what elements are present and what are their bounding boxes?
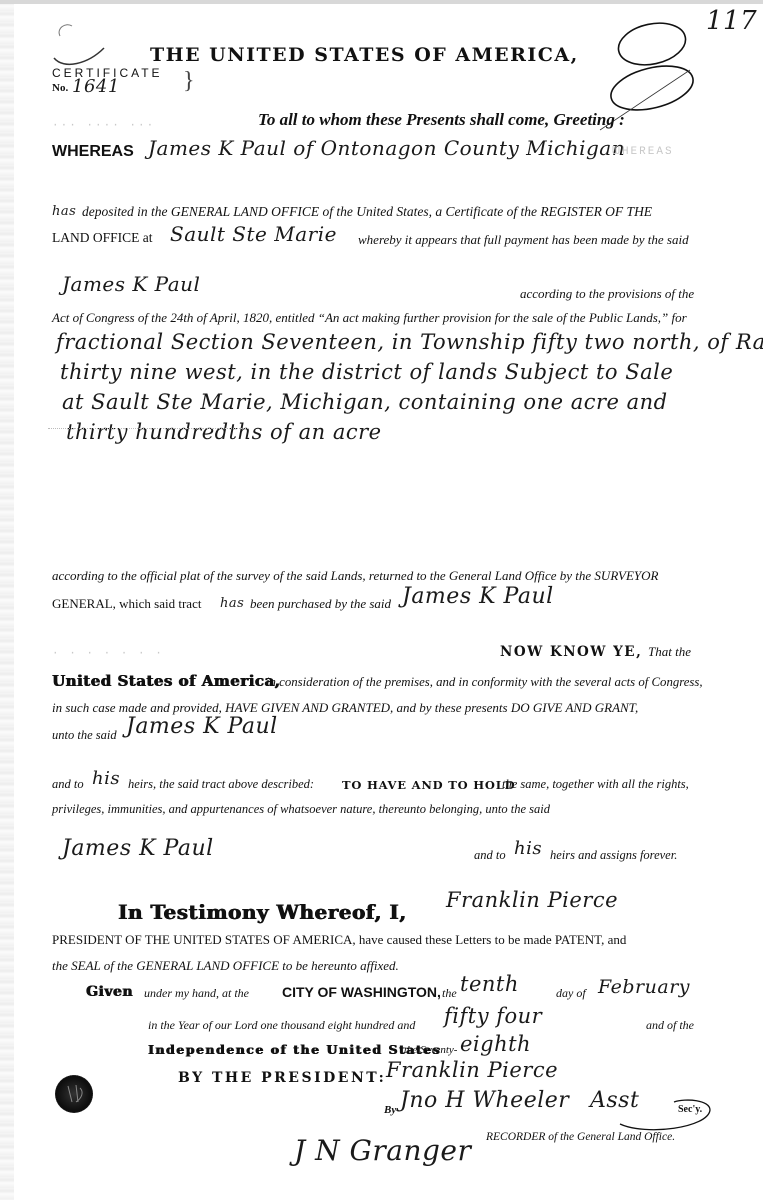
president-signature: Franklin Pierce [446,888,618,912]
the-seventy: the Seventy- [404,1044,457,1056]
scan-top-edge [0,0,763,4]
heirs-and-assigns: heirs and assigns forever. [550,848,677,863]
certificate-brace: } [183,68,195,95]
grantee-name: James K Paul [62,836,214,861]
to-have-and-to-hold: TO HAVE AND TO HOLD [342,778,515,792]
the-word: the [442,986,457,1001]
habendum-line-1-end: the same, together with all the rights, [502,777,689,792]
grant-line-1: in consideration of the premises, and in… [266,675,703,690]
document-title: THE UNITED STATES OF AMERICA, [150,44,579,66]
has-word: has [220,596,244,611]
and-to: and to [52,777,84,792]
usa-blackletter: United States of America, [52,672,280,690]
land-description-line: thirty nine west, in the district of lan… [60,360,673,384]
survey-line-2-mid: been purchased by the said [250,596,391,612]
given-line-mid: under my hand, at the [144,986,249,1001]
seal-icon [55,1075,93,1113]
survey-line-2-prefix: GENERAL, which said tract [52,596,201,612]
grantee-name: James K Paul [402,584,554,609]
by-label: By [384,1104,396,1116]
land-office-location: Sault Ste Marie [170,222,337,246]
greeting: To all to whom these Presents shall come… [258,110,625,130]
certificate-number: 1641 [72,76,120,97]
by-the-president: BY THE PRESIDENT: [178,1070,386,1086]
land-description-line: fractional Section Seventeen, in Townshi… [56,330,763,354]
deposit-line-2-prefix: LAND OFFICE at [52,230,153,246]
page-number: 117 [706,6,757,36]
testimony-heading: In Testimony Whereof, I, [118,900,407,924]
day-of: day of [556,986,586,1001]
year-prefix: in the Year of our Lord one thousand eig… [148,1018,415,1033]
act-of-congress: Act of Congress of the 24th of April, 18… [52,310,687,326]
survey-line-1: according to the official plat of the su… [52,568,658,584]
deposit-line-1: deposited in the GENERAL LAND OFFICE of … [82,204,652,220]
ghost-text: · · · · · · · [52,648,164,660]
secy-label: Sec'y. [678,1104,702,1115]
habendum-heirs: heirs, the said tract above described: [128,777,314,792]
and-to: and to [474,848,506,863]
scan-margin [0,0,14,1200]
his-word: his [92,768,120,789]
unto-the-said: unto the said [52,728,117,743]
grantee-name: James K Paul [126,714,278,739]
month-handwritten: February [598,976,690,998]
city-of-washington: CITY OF WASHINGTON, [282,984,441,1000]
certificate-no-label: No. [52,82,68,94]
land-description-line: at Sault Ste Marie, Michigan, containing… [62,390,668,414]
his-word: his [514,838,542,859]
that-the: That the [648,644,691,660]
whereas-label: WHEREAS [52,143,134,161]
independence-year: eighth [460,1032,531,1056]
recorder-signature: J N Granger [294,1134,471,1167]
day-handwritten: tenth [460,972,519,996]
grantee-residence: James K Paul of Ontonagon County Michiga… [148,136,625,160]
description-rule [48,428,248,429]
grantee-name: James K Paul [62,272,200,296]
independence-text: Independence of the United States [148,1042,441,1057]
now-know-ye: NOW KNOW YE, [500,644,642,660]
secretary-underline-loop-icon [616,1096,716,1136]
secretary-signature: Jno H Wheeler [400,1088,569,1113]
and-of-the: and of the [646,1018,694,1033]
provisions-text: according to the provisions of the [520,286,694,302]
year-handwritten: fifty four [444,1004,542,1028]
has-word: has [52,204,76,219]
deposit-line-2-suffix: whereby it appears that full payment has… [358,232,689,248]
given-label: Given [86,984,133,1000]
president-signature: Franklin Pierce [386,1058,558,1082]
land-description-line: thirty hundredths of an acre [66,420,382,444]
ghost-text: ᗯHEREAS [612,146,674,158]
ghost-text: ··· ···· ··· [52,120,155,132]
testimony-line-2: the SEAL of the GENERAL LAND OFFICE to b… [52,958,399,974]
habendum-line-2: privileges, immunities, and appurtenance… [52,802,550,817]
recorder-title: RECORDER of the General Land Office. [486,1131,675,1143]
flourish-icon [48,18,118,68]
testimony-line-1: PRESIDENT OF THE UNITED STATES OF AMERIC… [52,932,626,948]
